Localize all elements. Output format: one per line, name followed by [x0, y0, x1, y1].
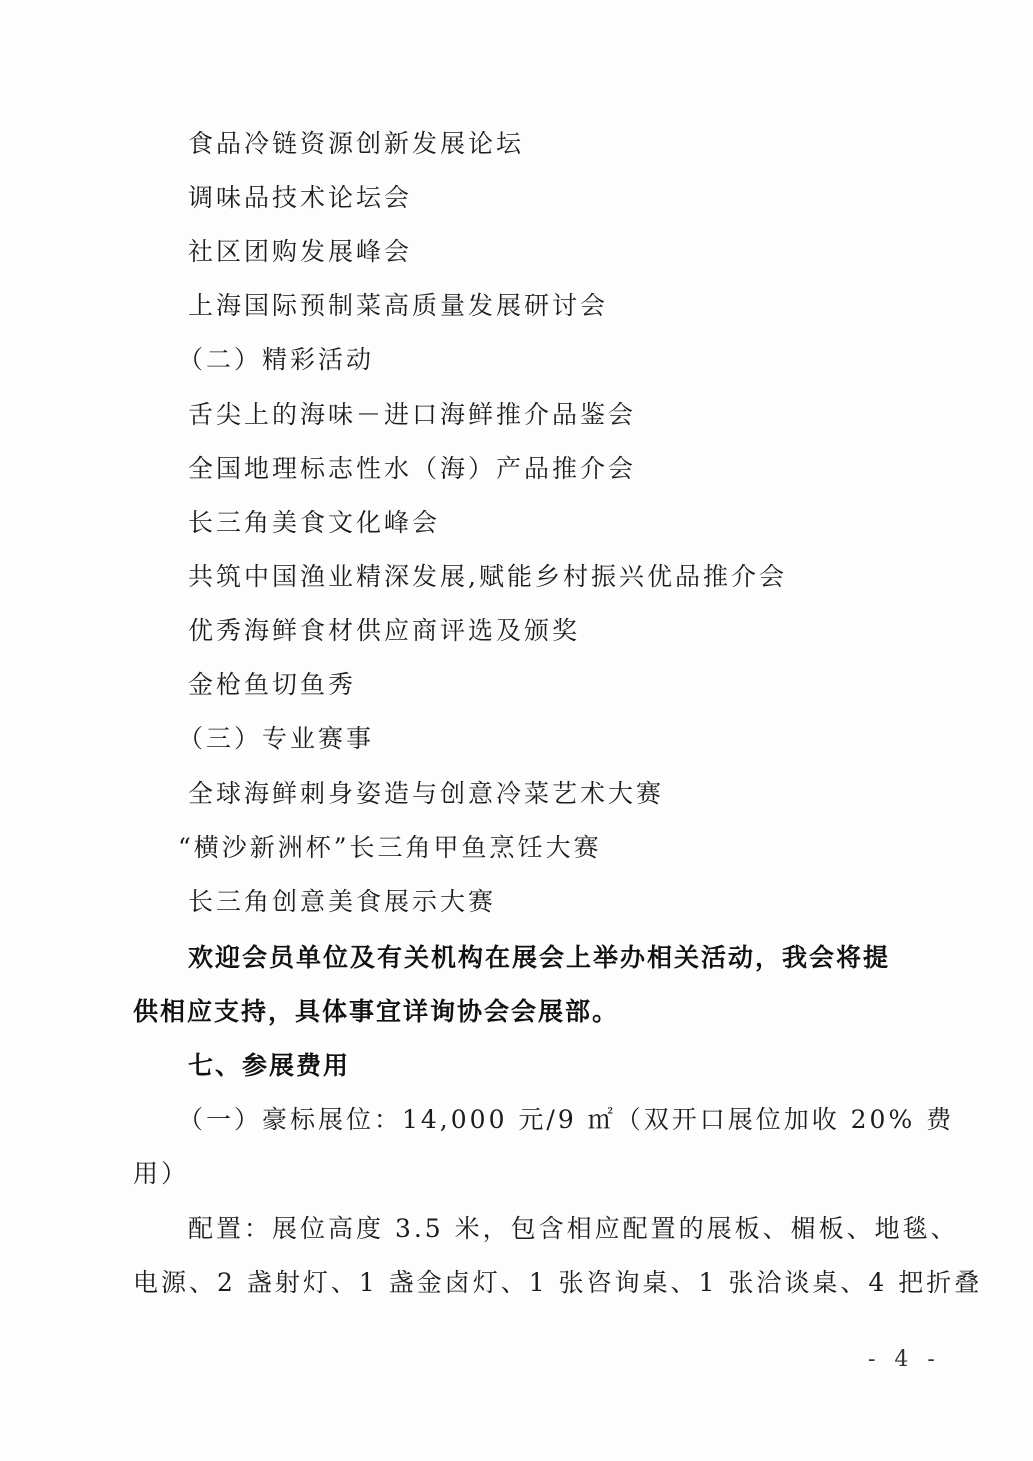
activity-item: 金枪鱼切鱼秀 [188, 669, 356, 701]
forum-item: 食品冷链资源创新发展论坛 [188, 128, 524, 160]
forum-item: 上海国际预制菜高质量发展研讨会 [188, 290, 608, 322]
competition-item: “横沙新洲杯”长三角甲鱼烹饪大赛 [178, 832, 602, 864]
activity-item: 共筑中国渔业精深发展,赋能乡村振兴优品推介会 [188, 561, 787, 593]
welcome-notice-line: 欢迎会员单位及有关机构在展会上举办相关活动，我会将提 [188, 942, 890, 974]
forum-item: 社区团购发展峰会 [188, 236, 412, 268]
activity-item: 全国地理标志性水（海）产品推介会 [188, 453, 636, 485]
standard-booth-price: （一）豪标展位：14,000 元/9 ㎡（双开口展位加收 20% 费 [178, 1104, 954, 1136]
booth-configuration: 配置：展位高度 3.5 米，包含相应配置的展板、楣板、地毯、 [188, 1213, 959, 1245]
competition-item: 全球海鲜刺身姿造与创意冷菜艺术大赛 [188, 778, 664, 810]
document-page: 食品冷链资源创新发展论坛 调味品技术论坛会 社区团购发展峰会 上海国际预制菜高质… [0, 0, 1033, 1461]
section-heading-fees: 七、参展费用 [188, 1050, 350, 1082]
activity-item: 舌尖上的海味－进口海鲜推介品鉴会 [188, 399, 636, 431]
competition-item: 长三角创意美食展示大赛 [188, 886, 496, 918]
section-heading-competitions: （三）专业赛事 [178, 723, 374, 755]
page-number: - 4 - [868, 1347, 941, 1372]
welcome-notice-line: 供相应支持，具体事宜详询协会会展部。 [133, 996, 619, 1028]
standard-booth-price-cont: 用） [133, 1158, 189, 1190]
section-heading-activities: （二）精彩活动 [178, 344, 374, 376]
activity-item: 长三角美食文化峰会 [188, 507, 440, 539]
booth-configuration-cont: 电源、2 盏射灯、1 盏金卤灯、1 张咨询桌、1 张洽谈桌、4 把折叠 [133, 1267, 982, 1299]
forum-item: 调味品技术论坛会 [188, 182, 412, 214]
activity-item: 优秀海鲜食材供应商评选及颁奖 [188, 615, 580, 647]
